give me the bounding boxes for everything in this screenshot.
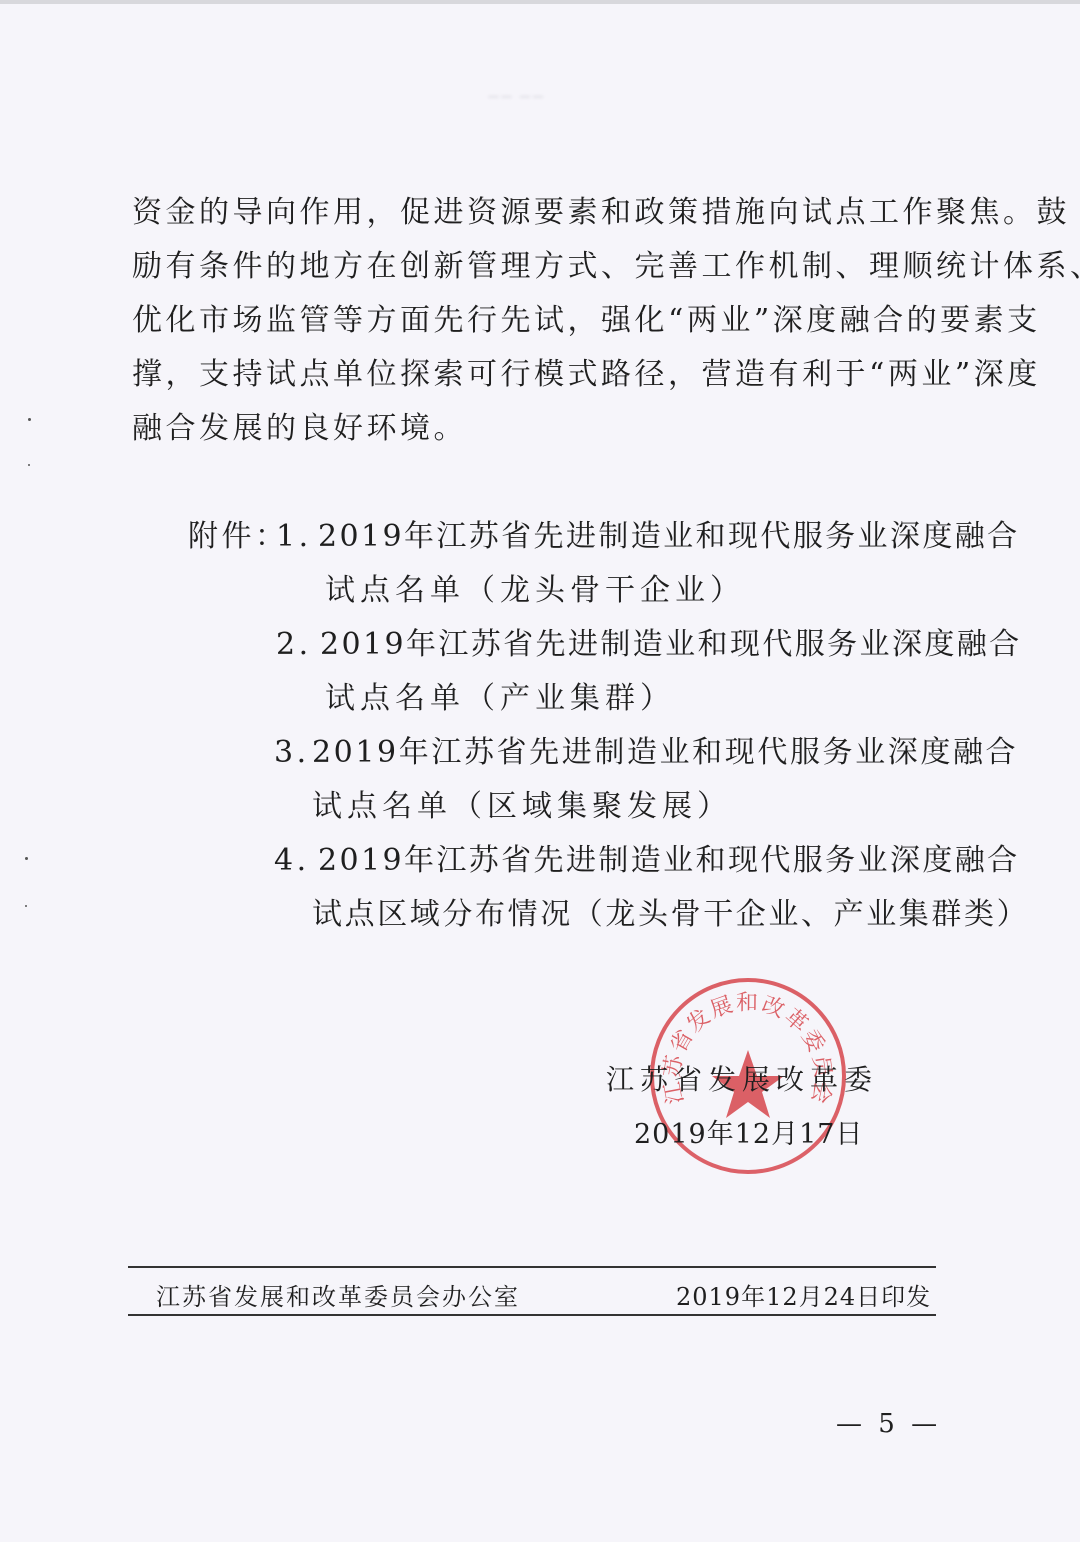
- scan-speck: [25, 905, 27, 907]
- attachment-4-title: 2019年江苏省先进制造业和现代服务业深度融合: [318, 841, 1020, 881]
- footer-print-date: 2019年12月24日印发: [676, 1277, 931, 1312]
- attachment-1-number: 1.: [276, 517, 312, 557]
- body-line-5: 融合发展的良好环境。: [132, 409, 467, 449]
- footer-office: 江苏省发展和改革委员会办公室: [156, 1277, 520, 1312]
- page-number: — 5 —: [836, 1409, 941, 1439]
- footer-rule-bottom: [128, 1314, 936, 1316]
- body-line-4: 撑，支持试点单位探索可行模式路径，营造有利于“两业”深度: [132, 355, 1041, 395]
- body-line-1: 资金的导向作用，促进资源要素和政策措施向试点工作聚焦。鼓: [132, 193, 1070, 233]
- body-line-2: 励有条件的地方在创新管理方式、完善工作机制、理顺统计体系、: [132, 247, 1080, 287]
- attachment-2-subtitle: 试点名单（产业集群）: [325, 679, 675, 719]
- body-line-3: 优化市场监管等方面先行先试，强化“两业”深度融合的要素支: [132, 301, 1041, 341]
- issue-date: 2019年12月17日: [634, 1112, 863, 1151]
- attachment-4-number: 4.: [274, 841, 310, 881]
- scan-speck: [28, 418, 31, 421]
- faint-header-mark: —— ——: [488, 90, 588, 104]
- attachment-4-subtitle: 试点区域分布情况（龙头骨干企业、产业集群类）: [312, 895, 1029, 935]
- attachment-3-subtitle: 试点名单（区域集聚发展）: [312, 787, 732, 827]
- attachment-1-title: 2019年江苏省先进制造业和现代服务业深度融合: [318, 517, 1020, 557]
- footer-rule-top: [128, 1266, 936, 1268]
- attachment-2-number: 2.: [276, 625, 312, 665]
- issuer-name: 江苏省发展改革委: [606, 1058, 878, 1098]
- attachment-3-title: 2019年江苏省先进制造业和现代服务业深度融合: [312, 733, 1018, 773]
- scan-top-edge: [0, 0, 1080, 4]
- attachment-3-number: 3.: [274, 733, 310, 773]
- attachment-2-title: 2019年江苏省先进制造业和现代服务业深度融合: [320, 625, 1022, 665]
- attachments-label: 附件：: [188, 517, 289, 557]
- scan-speck: [25, 857, 28, 860]
- attachment-1-subtitle: 试点名单（龙头骨干企业）: [325, 571, 745, 611]
- scan-speck: [28, 464, 30, 466]
